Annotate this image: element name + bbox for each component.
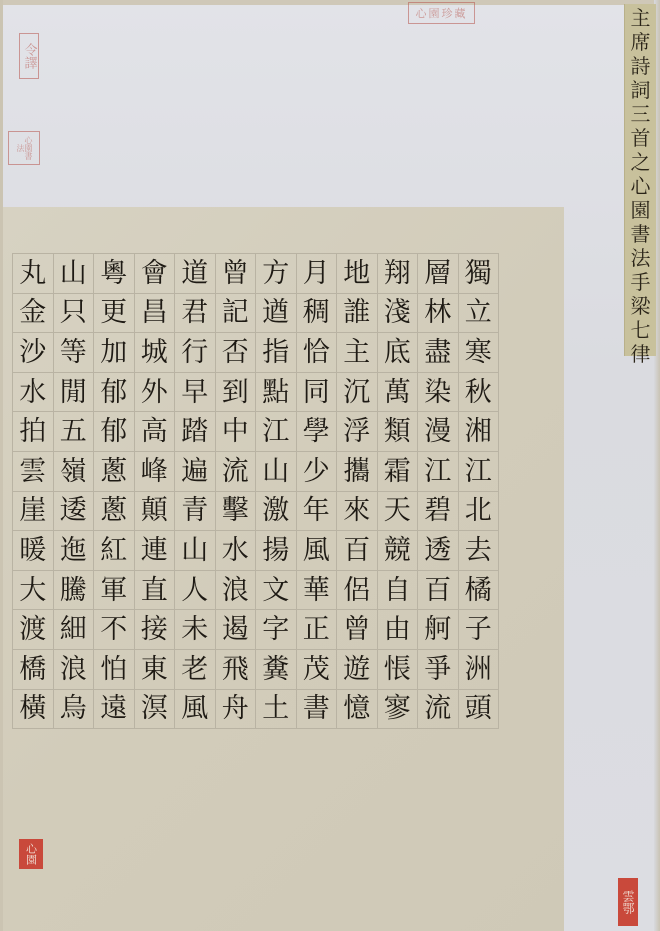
grid-cell: 郁 bbox=[94, 412, 135, 452]
seal-bottom-right-text: 雲鄂 bbox=[622, 890, 634, 914]
grid-cell: 年 bbox=[297, 492, 338, 532]
seal-top-center-text: 心園珍藏 bbox=[416, 8, 468, 19]
grid-cell: 遊 bbox=[337, 650, 378, 690]
grid-cell: 舸 bbox=[418, 610, 459, 650]
seal-bottom-right: 雲鄂 bbox=[618, 878, 638, 926]
grid-cell: 直 bbox=[135, 571, 176, 611]
grid-cell: 橋 bbox=[13, 650, 54, 690]
calligraphy-paper: 丸山粵會道曾方月地翔層獨金只更昌君記遒稠誰淺林立沙等加城行否指恰主底盡寒水閒郁外… bbox=[3, 207, 564, 931]
grid-cell: 人 bbox=[175, 571, 216, 611]
grid-cell: 立 bbox=[459, 294, 500, 334]
grid-cell: 百 bbox=[337, 531, 378, 571]
title-char: 七 bbox=[631, 318, 651, 342]
grid-cell: 稠 bbox=[297, 294, 338, 334]
title-char: 梁 bbox=[631, 294, 651, 318]
grid-cell: 山 bbox=[54, 254, 95, 294]
grid-cell: 東 bbox=[135, 650, 176, 690]
grid-cell: 憶 bbox=[337, 690, 378, 730]
grid-cell: 少 bbox=[297, 452, 338, 492]
grid-cell: 土 bbox=[256, 690, 297, 730]
grid-cell: 會 bbox=[135, 254, 176, 294]
title-char: 手 bbox=[631, 270, 651, 294]
grid-cell: 等 bbox=[54, 333, 95, 373]
title-char: 園 bbox=[631, 198, 651, 222]
grid-cell: 激 bbox=[256, 492, 297, 532]
grid-cell: 頭 bbox=[459, 690, 500, 730]
grid-cell: 浪 bbox=[54, 650, 95, 690]
grid-cell: 林 bbox=[418, 294, 459, 334]
title-char: 席 bbox=[631, 30, 651, 54]
grid-cell: 記 bbox=[216, 294, 257, 334]
grid-cell: 漫 bbox=[418, 412, 459, 452]
title-char: 法 bbox=[631, 246, 651, 270]
grid-cell: 獨 bbox=[459, 254, 500, 294]
grid-cell: 早 bbox=[175, 373, 216, 413]
grid-cell: 只 bbox=[54, 294, 95, 334]
title-char: 書 bbox=[631, 222, 651, 246]
grid-cell: 秋 bbox=[459, 373, 500, 413]
grid-cell: 細 bbox=[54, 610, 95, 650]
grid-cell: 侶 bbox=[337, 571, 378, 611]
grid-cell: 文 bbox=[256, 571, 297, 611]
seal-top-center: 心園珍藏 bbox=[408, 2, 475, 24]
seal-mid-left: 心園書法 bbox=[8, 131, 40, 165]
grid-cell: 風 bbox=[175, 690, 216, 730]
grid-cell: 悵 bbox=[378, 650, 419, 690]
grid-cell: 江 bbox=[459, 452, 500, 492]
grid-cell: 層 bbox=[418, 254, 459, 294]
grid-cell: 盡 bbox=[418, 333, 459, 373]
grid-cell: 正 bbox=[297, 610, 338, 650]
grid-cell: 金 bbox=[13, 294, 54, 334]
grid-cell: 大 bbox=[13, 571, 54, 611]
grid-cell: 城 bbox=[135, 333, 176, 373]
grid-cell: 飛 bbox=[216, 650, 257, 690]
grid-cell: 更 bbox=[94, 294, 135, 334]
grid-cell: 崖 bbox=[13, 492, 54, 532]
grid-cell: 郁 bbox=[94, 373, 135, 413]
grid-cell: 寥 bbox=[378, 690, 419, 730]
grid-cell: 否 bbox=[216, 333, 257, 373]
grid-cell: 江 bbox=[418, 452, 459, 492]
grid-cell: 天 bbox=[378, 492, 419, 532]
grid-cell: 青 bbox=[175, 492, 216, 532]
grid-cell: 競 bbox=[378, 531, 419, 571]
grid-cell: 嶺 bbox=[54, 452, 95, 492]
grid-cell: 月 bbox=[297, 254, 338, 294]
seal-signature: 心園 bbox=[19, 839, 43, 869]
grid-cell: 茂 bbox=[297, 650, 338, 690]
grid-cell: 未 bbox=[175, 610, 216, 650]
grid-cell: 水 bbox=[216, 531, 257, 571]
grid-cell: 丸 bbox=[13, 254, 54, 294]
grid-cell: 君 bbox=[175, 294, 216, 334]
grid-cell: 昌 bbox=[135, 294, 176, 334]
grid-cell: 主 bbox=[337, 333, 378, 373]
title-char: 首 bbox=[631, 126, 651, 150]
grid-cell: 地 bbox=[337, 254, 378, 294]
grid-cell: 曾 bbox=[337, 610, 378, 650]
grid-cell: 萬 bbox=[378, 373, 419, 413]
seal-signature-text: 心園 bbox=[26, 843, 37, 865]
grid-cell: 渡 bbox=[13, 610, 54, 650]
grid-cell: 舟 bbox=[216, 690, 257, 730]
grid-cell: 糞 bbox=[256, 650, 297, 690]
title-char: 律 bbox=[631, 342, 651, 366]
grid-cell: 遏 bbox=[216, 610, 257, 650]
grid-cell: 加 bbox=[94, 333, 135, 373]
grid-cell: 翔 bbox=[378, 254, 419, 294]
grid-cell: 底 bbox=[378, 333, 419, 373]
grid-cell: 到 bbox=[216, 373, 257, 413]
grid-cell: 不 bbox=[94, 610, 135, 650]
grid-cell: 行 bbox=[175, 333, 216, 373]
grid-cell: 沙 bbox=[13, 333, 54, 373]
grid-cell: 紅 bbox=[94, 531, 135, 571]
grid-cell: 書 bbox=[297, 690, 338, 730]
grid-cell: 碧 bbox=[418, 492, 459, 532]
grid-cell: 雲 bbox=[13, 452, 54, 492]
grid-cell: 北 bbox=[459, 492, 500, 532]
grid-cell: 來 bbox=[337, 492, 378, 532]
grid-cell: 遠 bbox=[94, 690, 135, 730]
grid-cell: 五 bbox=[54, 412, 95, 452]
grid-cell: 由 bbox=[378, 610, 419, 650]
grid-cell: 烏 bbox=[54, 690, 95, 730]
title-char: 三 bbox=[631, 102, 651, 126]
grid-cell: 接 bbox=[135, 610, 176, 650]
grid-cell: 逶 bbox=[54, 492, 95, 532]
grid-cell: 高 bbox=[135, 412, 176, 452]
seal-mid-left-text: 心園書法 bbox=[16, 134, 32, 162]
grid-cell: 洲 bbox=[459, 650, 500, 690]
grid-cell: 字 bbox=[256, 610, 297, 650]
title-char: 詩 bbox=[631, 54, 651, 78]
grid-cell: 軍 bbox=[94, 571, 135, 611]
grid-cell: 暖 bbox=[13, 531, 54, 571]
grid-cell: 淺 bbox=[378, 294, 419, 334]
grid-cell: 中 bbox=[216, 412, 257, 452]
grid-cell: 粵 bbox=[94, 254, 135, 294]
grid-cell: 顛 bbox=[135, 492, 176, 532]
grid-cell: 沉 bbox=[337, 373, 378, 413]
grid-cell: 揚 bbox=[256, 531, 297, 571]
grid-cell: 擊 bbox=[216, 492, 257, 532]
grid-cell: 子 bbox=[459, 610, 500, 650]
grid-cell: 溟 bbox=[135, 690, 176, 730]
grid-cell: 自 bbox=[378, 571, 419, 611]
grid-cell: 道 bbox=[175, 254, 216, 294]
title-char: 心 bbox=[631, 174, 651, 198]
title-char: 詞 bbox=[631, 78, 651, 102]
grid-cell: 山 bbox=[175, 531, 216, 571]
grid-cell: 山 bbox=[256, 452, 297, 492]
title-strip: 主席詩詞三首之心園書法手梁七律 bbox=[624, 4, 656, 356]
grid-cell: 方 bbox=[256, 254, 297, 294]
grid-cell: 風 bbox=[297, 531, 338, 571]
grid-cell: 流 bbox=[418, 690, 459, 730]
grid-cell: 踏 bbox=[175, 412, 216, 452]
mount-top-edge bbox=[0, 0, 660, 5]
grid-cell: 攜 bbox=[337, 452, 378, 492]
grid-cell: 類 bbox=[378, 412, 419, 452]
character-grid: 丸山粵會道曾方月地翔層獨金只更昌君記遒稠誰淺林立沙等加城行否指恰主底盡寒水閒郁外… bbox=[12, 253, 499, 729]
grid-cell: 怕 bbox=[94, 650, 135, 690]
grid-cell: 浪 bbox=[216, 571, 257, 611]
grid-cell: 透 bbox=[418, 531, 459, 571]
grid-cell: 江 bbox=[256, 412, 297, 452]
title-char: 主 bbox=[631, 6, 651, 30]
grid-cell: 蔥 bbox=[94, 492, 135, 532]
grid-cell: 百 bbox=[418, 571, 459, 611]
seal-top-left-text: 令譯 bbox=[23, 43, 36, 69]
grid-cell: 誰 bbox=[337, 294, 378, 334]
grid-cell: 連 bbox=[135, 531, 176, 571]
grid-cell: 華 bbox=[297, 571, 338, 611]
grid-cell: 曾 bbox=[216, 254, 257, 294]
grid-cell: 浮 bbox=[337, 412, 378, 452]
grid-cell: 染 bbox=[418, 373, 459, 413]
grid-cell: 霜 bbox=[378, 452, 419, 492]
seal-top-left: 令譯 bbox=[19, 33, 39, 79]
grid-cell: 遍 bbox=[175, 452, 216, 492]
title-char: 之 bbox=[631, 150, 651, 174]
grid-cell: 騰 bbox=[54, 571, 95, 611]
grid-cell: 流 bbox=[216, 452, 257, 492]
grid-cell: 橘 bbox=[459, 571, 500, 611]
grid-cell: 峰 bbox=[135, 452, 176, 492]
grid-cell: 閒 bbox=[54, 373, 95, 413]
grid-cell: 爭 bbox=[418, 650, 459, 690]
grid-cell: 同 bbox=[297, 373, 338, 413]
grid-cell: 迤 bbox=[54, 531, 95, 571]
grid-cell: 水 bbox=[13, 373, 54, 413]
grid-cell: 老 bbox=[175, 650, 216, 690]
grid-cell: 指 bbox=[256, 333, 297, 373]
grid-cell: 寒 bbox=[459, 333, 500, 373]
grid-cell: 遒 bbox=[256, 294, 297, 334]
grid-cell: 去 bbox=[459, 531, 500, 571]
grid-cell: 點 bbox=[256, 373, 297, 413]
grid-cell: 外 bbox=[135, 373, 176, 413]
grid-cell: 蔥 bbox=[94, 452, 135, 492]
grid-cell: 學 bbox=[297, 412, 338, 452]
grid-cell: 恰 bbox=[297, 333, 338, 373]
grid-cell: 拍 bbox=[13, 412, 54, 452]
grid-cell: 橫 bbox=[13, 690, 54, 730]
grid-cell: 湘 bbox=[459, 412, 500, 452]
